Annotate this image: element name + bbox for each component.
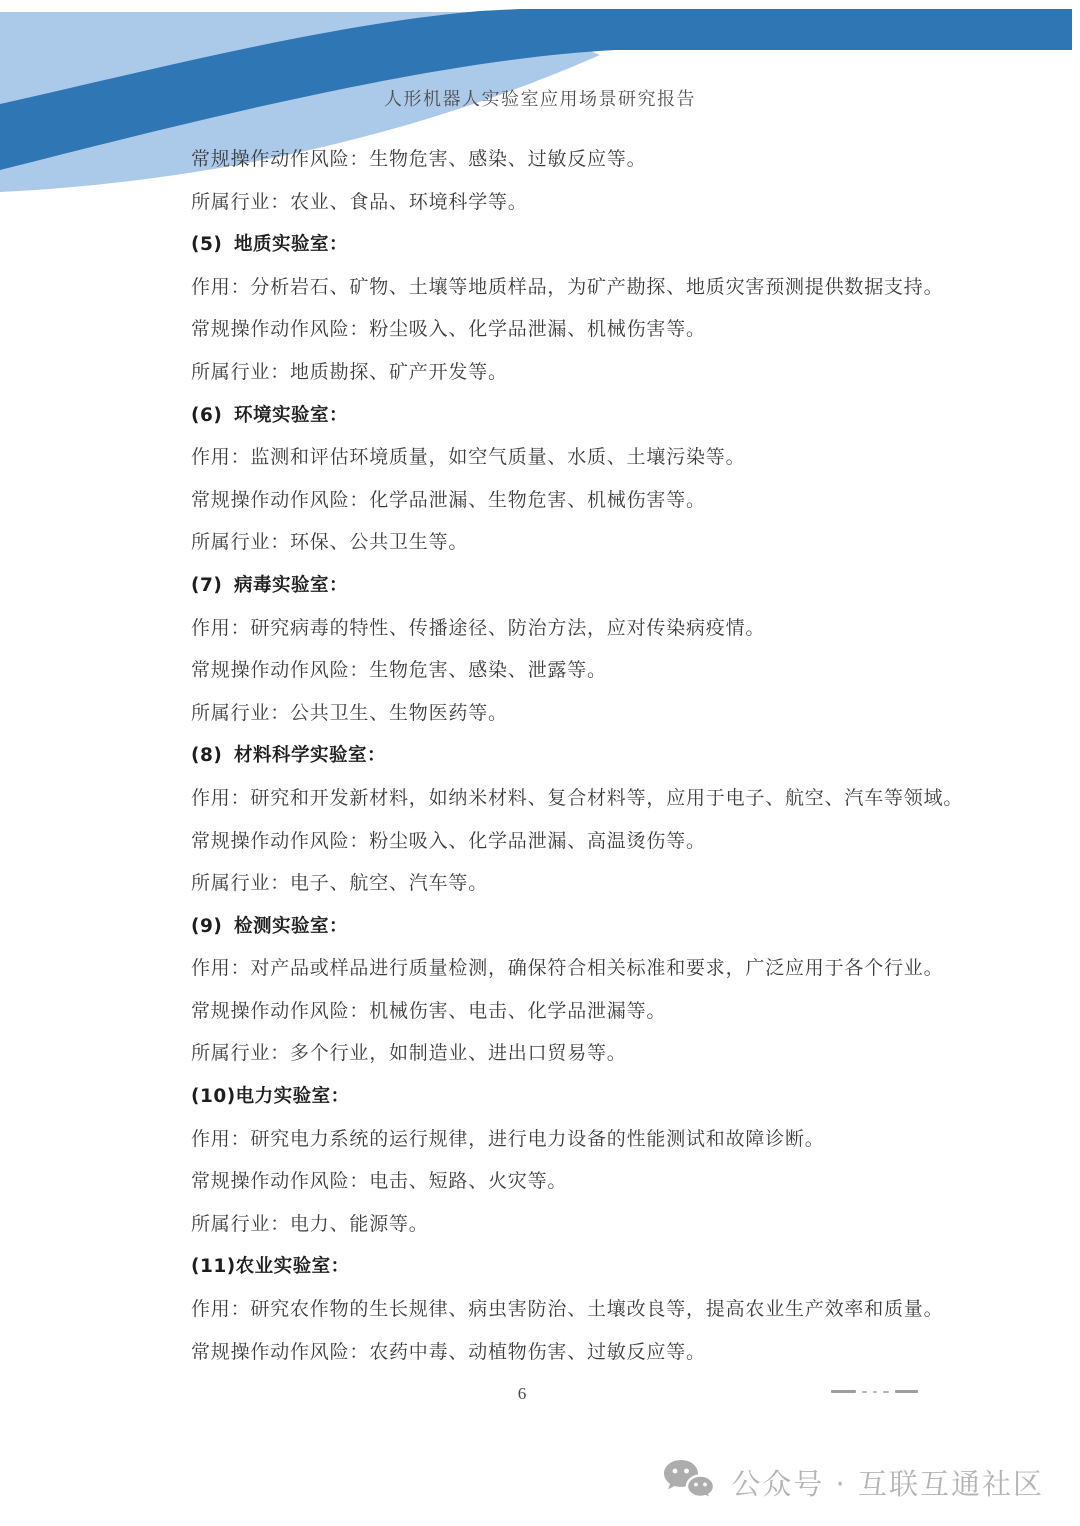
scan-smudge-mark [831, 1390, 918, 1393]
body-line: 常规操作动作风险：粉尘吸入、化学品泄漏、高温烫伤等。 [191, 821, 961, 864]
section-number: (7) [191, 565, 234, 608]
body-line: 常规操作动作风险：电击、短路、火灾等。 [191, 1161, 961, 1204]
section-title: 电力实验室： [236, 1086, 350, 1107]
section-number: (5) [191, 224, 234, 267]
page-header-title: 人形机器人实验室应用场景研究报告 [0, 86, 1080, 112]
section-heading: (5)地质实验室： [191, 224, 961, 267]
body-line: 常规操作动作风险：生物危害、感染、过敏反应等。 [191, 139, 961, 182]
section-heading: (9)检测实验室： [191, 906, 961, 949]
body-line: 作用：分析岩石、矿物、土壤等地质样品，为矿产勘探、地质灾害预测提供数据支持。 [191, 267, 961, 310]
section-heading: (11)农业实验室： [191, 1246, 961, 1289]
body-line: 常规操作动作风险：机械伤害、电击、化学品泄漏等。 [191, 991, 961, 1034]
body-line: 作用：研究和开发新材料，如纳米材料、复合材料等，应用于电子、航空、汽车等领域。 [191, 778, 961, 821]
body-line: 作用：监测和评估环境质量，如空气质量、水质、土壤污染等。 [191, 437, 961, 480]
body-line: 所属行业：电力、能源等。 [191, 1204, 961, 1247]
watermark-text: 公众号 · 互联互通社区 [731, 1462, 1044, 1503]
section-number: (9) [191, 906, 234, 949]
body-line: 所属行业：多个行业，如制造业、进出口贸易等。 [191, 1033, 961, 1076]
body-line: 所属行业：电子、航空、汽车等。 [191, 863, 961, 906]
body-line: 所属行业：农业、食品、环境科学等。 [191, 182, 961, 225]
section-number: (11) [191, 1246, 236, 1289]
body-line: 常规操作动作风险：化学品泄漏、生物危害、机械伤害等。 [191, 480, 961, 523]
section-heading: (7)病毒实验室： [191, 565, 961, 608]
body-line: 所属行业：地质勘探、矿产开发等。 [191, 352, 961, 395]
section-number: (6) [191, 395, 234, 438]
body-line: 作用：研究农作物的生长规律、病虫害防治、土壤改良等，提高农业生产效率和质量。 [191, 1289, 961, 1332]
section-number: (8) [191, 735, 234, 778]
body-line: 作用：研究病毒的特性、传播途径、防治方法，应对传染病疫情。 [191, 608, 961, 651]
body-line: 常规操作动作风险：农药中毒、动植物伤害、过敏反应等。 [191, 1332, 961, 1375]
document-page: 人形机器人实验室应用场景研究报告 常规操作动作风险：生物危害、感染、过敏反应等。… [0, 0, 1080, 1526]
body-line: 常规操作动作风险：生物危害、感染、泄露等。 [191, 650, 961, 693]
section-title: 农业实验室： [236, 1256, 350, 1277]
watermark-footer: 公众号 · 互联互通社区 [660, 1458, 1044, 1506]
wechat-icon [660, 1458, 716, 1506]
section-title: 检测实验室： [234, 916, 348, 937]
section-heading: (6)环境实验室： [191, 395, 961, 438]
section-title: 病毒实验室： [234, 575, 348, 596]
section-number: (10) [191, 1076, 236, 1119]
body-line: 作用：研究电力系统的运行规律，进行电力设备的性能测试和故障诊断。 [191, 1119, 961, 1162]
section-title: 环境实验室： [234, 405, 348, 426]
document-body: 常规操作动作风险：生物危害、感染、过敏反应等。 所属行业：农业、食品、环境科学等… [191, 139, 961, 1374]
body-line: 作用：对产品或样品进行质量检测，确保符合相关标准和要求，广泛应用于各个行业。 [191, 948, 961, 991]
section-heading: (10)电力实验室： [191, 1076, 961, 1119]
section-title: 材料科学实验室： [234, 745, 386, 766]
section-heading: (8)材料科学实验室： [191, 735, 961, 778]
page-number: 6 [0, 1384, 1044, 1404]
body-line: 所属行业：环保、公共卫生等。 [191, 522, 961, 565]
section-title: 地质实验室： [234, 234, 348, 255]
body-line: 常规操作动作风险：粉尘吸入、化学品泄漏、机械伤害等。 [191, 309, 961, 352]
body-line: 所属行业：公共卫生、生物医药等。 [191, 693, 961, 736]
